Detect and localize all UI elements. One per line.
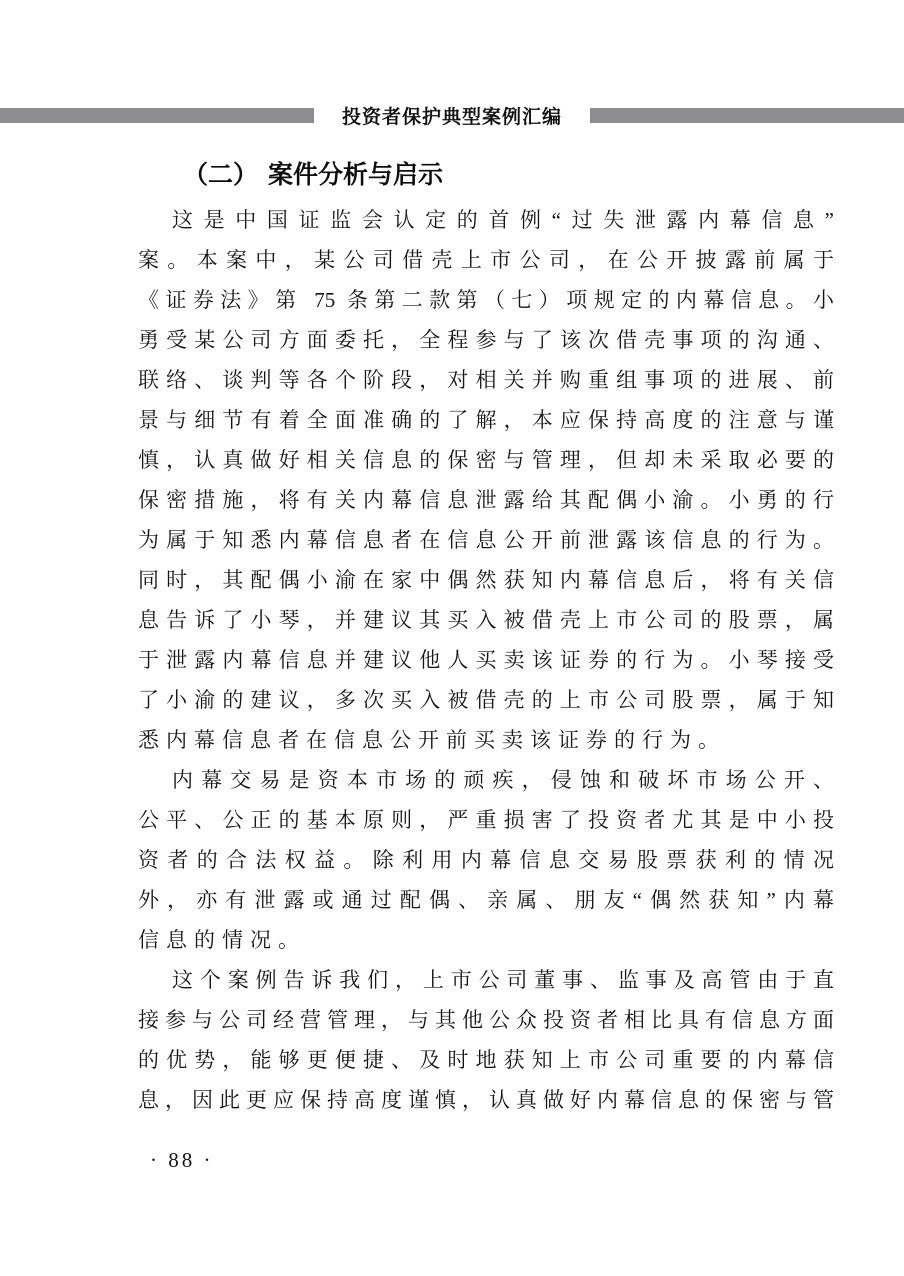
page-number: · 88 · [150, 1140, 214, 1180]
section-title: 案件分析与启示 [268, 161, 443, 189]
paragraph: 内幕交易是资本市场的顽疾，侵蚀和破坏市场公开、公平、公正的基本原则，严重损害了投… [138, 760, 834, 960]
text-line: 的优势，能够更便捷、及时地获知上市公司重要的内幕信 [138, 1040, 834, 1080]
text-line: 内幕交易是资本市场的顽疾，侵蚀和破坏市场公开、 [138, 760, 834, 800]
text-line: 息告诉了小琴，并建议其买入被借壳上市公司的股票，属 [138, 600, 834, 640]
text-line: 这个案例告诉我们，上市公司董事、监事及高管由于直 [138, 960, 834, 1000]
header-rule-left [0, 108, 314, 123]
section-number: （二） [183, 161, 258, 189]
text-line: 息，因此更应保持高度谨慎，认真做好内幕信息的保密与管 [138, 1080, 834, 1120]
header-title: 投资者保护典型案例汇编 [342, 102, 562, 129]
text-line: 于泄露内幕信息并建议他人买卖该证券的行为。小琴接受 [138, 640, 834, 680]
text-line: 外，亦有泄露或通过配偶、亲属、朋友“偶然获知”内幕 [138, 880, 834, 920]
text-line: 勇受某公司方面委托，全程参与了该次借壳事项的沟通、 [138, 320, 834, 360]
page-header: 投资者保护典型案例汇编 [0, 103, 904, 127]
text-line: 这是中国证监会认定的首例“过失泄露内幕信息” [138, 200, 834, 240]
text-line: 《证券法》第 75 条第二款第（七）项规定的内幕信息。小 [138, 280, 834, 320]
document-page: 投资者保护典型案例汇编 （二）案件分析与启示 这是中国证监会认定的首例“过失泄露… [0, 0, 904, 1276]
text-line: 为属于知悉内幕信息者在信息公开前泄露该信息的行为。 [138, 520, 834, 560]
text-line: 同时，其配偶小渝在家中偶然获知内幕信息后，将有关信 [138, 560, 834, 600]
paragraph: 这是中国证监会认定的首例“过失泄露内幕信息”案。本案中，某公司借壳上市公司，在公… [138, 200, 834, 760]
text-line: 保密措施，将有关内幕信息泄露给其配偶小渝。小勇的行 [138, 480, 834, 520]
text-line: 信息的情况。 [138, 920, 834, 960]
text-line: 悉内幕信息者在信息公开前买卖该证券的行为。 [138, 720, 834, 760]
section-heading: （二）案件分析与启示 [183, 158, 443, 192]
text-line: 接参与公司经营管理，与其他公众投资者相比具有信息方面 [138, 1000, 834, 1040]
text-line: 资者的合法权益。除利用内幕信息交易股票获利的情况 [138, 840, 834, 880]
text-line: 了小渝的建议，多次买入被借壳的上市公司股票，属于知 [138, 680, 834, 720]
text-line: 案。本案中，某公司借壳上市公司，在公开披露前属于 [138, 240, 834, 280]
text-line: 联络、谈判等各个阶段，对相关并购重组事项的进展、前 [138, 360, 834, 400]
body-text: 这是中国证监会认定的首例“过失泄露内幕信息”案。本案中，某公司借壳上市公司，在公… [138, 200, 834, 1120]
paragraph: 这个案例告诉我们，上市公司董事、监事及高管由于直接参与公司经营管理，与其他公众投… [138, 960, 834, 1120]
header-rule-right [590, 108, 904, 123]
text-line: 公平、公正的基本原则，严重损害了投资者尤其是中小投 [138, 800, 834, 840]
text-line: 慎，认真做好相关信息的保密与管理，但却未采取必要的 [138, 440, 834, 480]
text-line: 景与细节有着全面准确的了解，本应保持高度的注意与谨 [138, 400, 834, 440]
